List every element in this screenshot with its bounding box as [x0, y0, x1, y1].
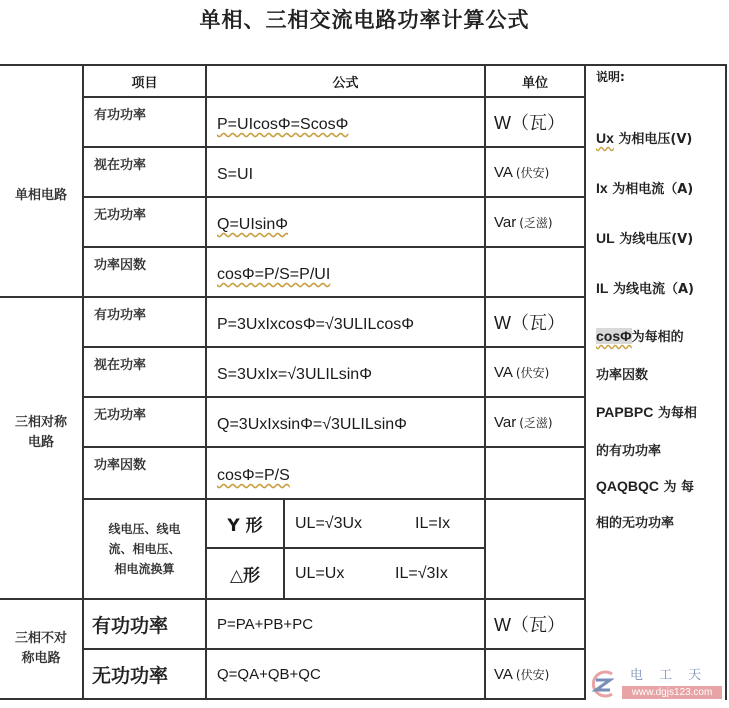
item-reactive-power: 无功功率	[84, 650, 205, 698]
watermark: 电 工 天 下 www.dgjs123.com	[586, 664, 726, 706]
unit-va: VA(伏安)	[486, 148, 584, 196]
header-unit: 单位	[486, 66, 584, 96]
item-apparent-power: 视在功率	[84, 348, 205, 396]
delta-voltage-formula: UL=Ux	[285, 549, 385, 598]
group-three-phase-symmetric: 三相对称 电路	[0, 398, 82, 468]
note-cos-phi-cont: 功率因数	[596, 364, 648, 383]
group-single-phase: 单相电路	[0, 96, 82, 296]
formula-table: 项目 公式 单位 说明: 单相电路 三相对称 电路 三相不对 称电路 有功功率 …	[0, 0, 729, 708]
note-il: IL 为线电流（A)	[596, 278, 694, 297]
note-p-phases-cont: 的有功功率	[596, 440, 661, 459]
y-current-formula: IL=Ix	[405, 500, 484, 547]
formula-apparent-power: S=UI	[207, 148, 484, 196]
formula-reactive-power: Q=QA+QB+QC	[207, 650, 484, 698]
delta-shape-label: △形	[207, 549, 283, 598]
item-active-power: 有功功率	[84, 600, 205, 648]
formula-apparent-power: S=3UxIx=√3ULILsinΦ	[207, 348, 484, 396]
formula-active-power: P=UIcosΦ=ScosΦ	[207, 98, 484, 146]
formula-reactive-power: Q=3UxIxsinΦ=√3ULILsinΦ	[207, 398, 484, 446]
note-cos-phi: cosΦ为每相的	[596, 326, 684, 345]
watermark-logo-icon	[588, 668, 618, 700]
header-item: 项目	[84, 66, 205, 96]
note-q-phases-cont: 相的无功功率	[596, 512, 674, 531]
formula-power-factor: cosΦ=P/S	[207, 448, 484, 498]
unit-watt: W（瓦）	[486, 298, 584, 346]
unit-var: Var(乏滋)	[486, 398, 584, 446]
header-formula: 公式	[207, 66, 484, 96]
note-ul: UL 为线电压(V)	[596, 228, 693, 247]
unit-watt: W（瓦）	[486, 600, 584, 648]
formula-reactive-power: Q=UIsinΦ	[207, 198, 484, 246]
item-conversion: 线电压、线电 流、相电压、 相电流换算	[84, 500, 205, 598]
y-voltage-formula: UL=√3Ux	[285, 500, 395, 547]
note-ux: Ux 为相电压(V)	[596, 128, 692, 147]
note-ix: Ix 为相电流（A)	[596, 178, 693, 197]
note-q-phases: QAQBQC 为 每	[596, 476, 694, 495]
header-notes: 说明:	[596, 68, 625, 85]
table-border-bottom	[0, 698, 584, 700]
item-apparent-power: 视在功率	[84, 148, 205, 196]
note-p-phases: PAPBPC 为每相	[596, 402, 697, 421]
item-active-power: 有功功率	[84, 98, 205, 146]
delta-current-formula: IL=√3Ix	[385, 549, 484, 598]
group-three-phase-asymmetric: 三相不对 称电路	[0, 600, 82, 698]
watermark-url: www.dgjs123.com	[622, 686, 722, 699]
col-divider	[584, 64, 586, 700]
item-reactive-power: 无功功率	[84, 198, 205, 246]
formula-active-power: P=PA+PB+PC	[207, 600, 484, 648]
formula-power-factor: cosΦ=P/S=P/UI	[207, 248, 484, 296]
formula-active-power: P=3UxIxcosΦ=√3ULILcosΦ	[207, 298, 484, 346]
item-active-power: 有功功率	[84, 298, 205, 346]
item-reactive-power: 无功功率	[84, 398, 205, 446]
y-shape-label: Y 形	[207, 500, 283, 547]
item-power-factor: 功率因数	[84, 448, 205, 498]
unit-va: VA(伏安)	[486, 348, 584, 396]
unit-va: VA(伏安)	[486, 650, 584, 698]
unit-var: Var(乏滋)	[486, 198, 584, 246]
unit-watt: W（瓦）	[486, 98, 584, 146]
table-border-right	[725, 64, 727, 700]
item-power-factor: 功率因数	[84, 248, 205, 296]
